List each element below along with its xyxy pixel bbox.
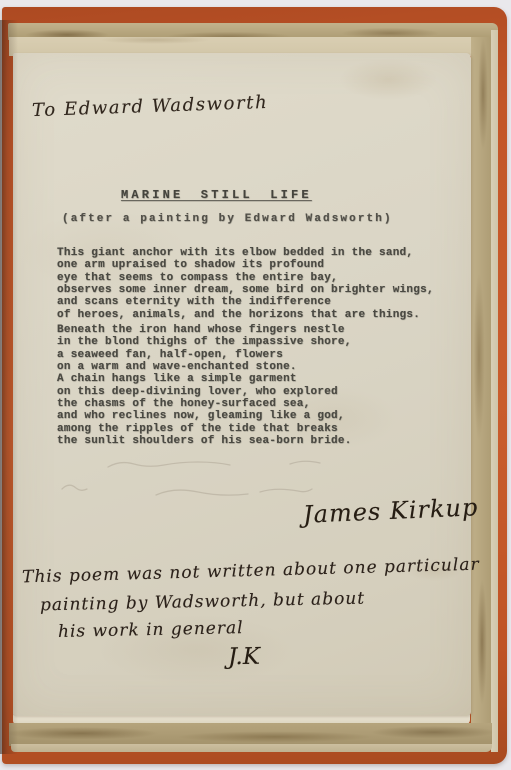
note-initials: J.K (228, 644, 260, 671)
poem-stanza-1: This giant anchor with its elbow bedded … (57, 247, 434, 321)
page-edge-right-light (491, 30, 498, 752)
photo-of-book-page: To Edward Wadsworth MARINE STILL LIFE (a… (0, 0, 511, 770)
handwritten-note-line-3: his work in general (58, 618, 244, 642)
page-edge-bottom-light (11, 744, 492, 752)
poem-stanza-2: Beneath the iron hand whose fingers nest… (57, 324, 352, 447)
page-edge-right-stained (471, 37, 491, 749)
page-edge-bottom-stained (9, 723, 492, 746)
poem-subtitle: (after a painting by Edward Wadsworth) (62, 213, 393, 225)
poem-title: MARINE STILL LIFE (121, 188, 312, 202)
